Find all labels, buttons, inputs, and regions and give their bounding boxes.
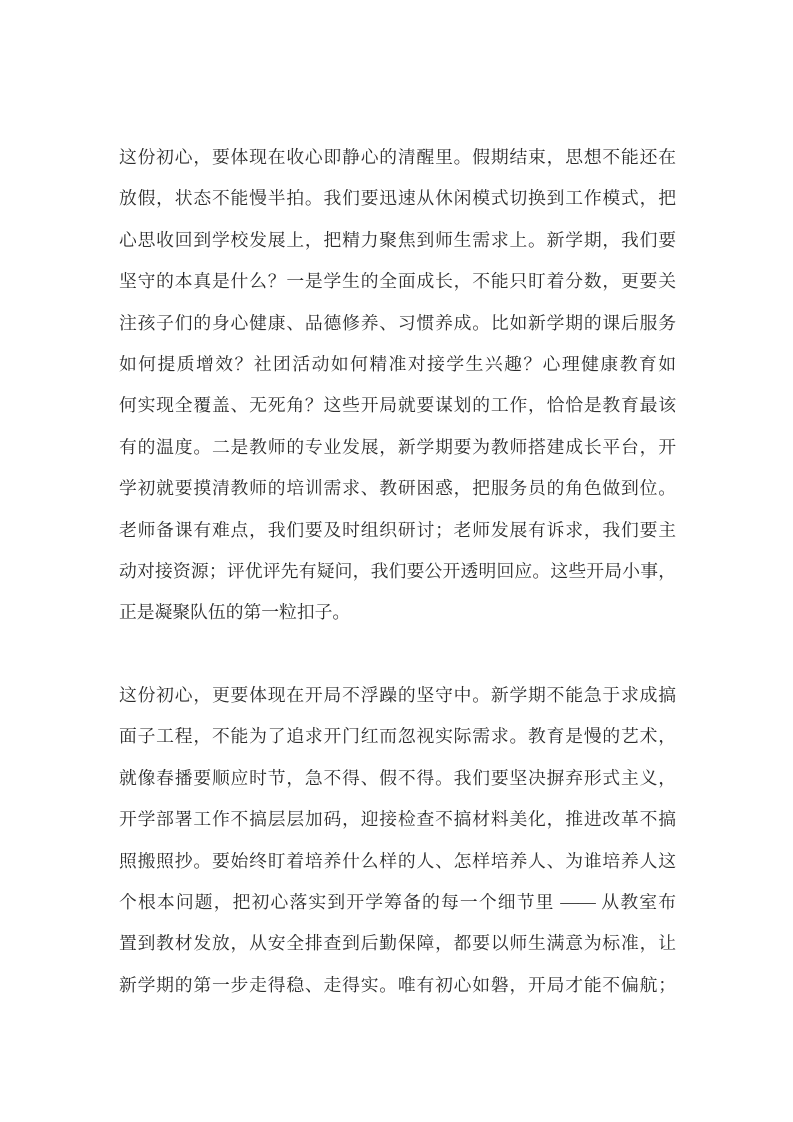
text-line: 面子工程，不能为了追求开门红而忽视实际需求。教育是慢的艺术，	[119, 716, 676, 757]
text-line: 坚守的本真是什么？一是学生的全面成长，不能只盯着分数，更要关	[119, 261, 676, 302]
text-line: 就像春播要顺应时节，急不得、假不得。我们要坚决摒弃形式主义，	[119, 758, 676, 799]
text-line: 开学部署工作不搞层层加码，迎接检查不搞材料美化，推进改革不搞	[119, 799, 676, 840]
text-line: 置到教材发放，从安全排查到后勤保障，都要以师生满意为标准，让	[119, 923, 676, 964]
text-line: 照搬照抄。要始终盯着培养什么样的人、怎样培养人、为谁培养人这	[119, 841, 676, 882]
text-line: 学初就要摸清教师的培训需求、教研困惑，把服务员的角色做到位。	[119, 468, 676, 509]
text-line: 个根本问题，把初心落实到开学筹备的每一个细节里 —— 从教室布	[119, 882, 676, 923]
text-line: 正是凝聚队伍的第一粒扣子。	[119, 592, 676, 633]
text-line: 注孩子们的身心健康、品德修养、习惯养成。比如新学期的课后服务	[119, 303, 676, 344]
text-line: 有的温度。二是教师的专业发展，新学期要为教师搭建成长平台，开	[119, 427, 676, 468]
text-line: 老师备课有难点，我们要及时组织研讨；老师发展有诉求，我们要主	[119, 510, 676, 551]
text-line: 如何提质增效？社团活动如何精准对接学生兴趣？心理健康教育如	[119, 344, 676, 385]
paragraph: 这份初心，更要体现在开局不浮躁的坚守中。新学期不能急于求成搞面子工程，不能为了追…	[119, 675, 676, 1006]
document-page: 这份初心，要体现在收心即静心的清醒里。假期结束，思想不能还在放假，状态不能慢半拍…	[0, 0, 793, 1122]
paragraph: 这份初心，要体现在收心即静心的清醒里。假期结束，思想不能还在放假，状态不能慢半拍…	[119, 137, 676, 634]
text-line: 动对接资源；评优评先有疑问，我们要公开透明回应。这些开局小事，	[119, 551, 676, 592]
text-line: 放假，状态不能慢半拍。我们要迅速从休闲模式切换到工作模式，把	[119, 178, 676, 219]
document-body: 这份初心，要体现在收心即静心的清醒里。假期结束，思想不能还在放假，状态不能慢半拍…	[119, 137, 676, 1006]
text-line: 何实现全覆盖、无死角？这些开局就要谋划的工作，恰恰是教育最该	[119, 385, 676, 426]
text-line: 这份初心，更要体现在开局不浮躁的坚守中。新学期不能急于求成搞	[119, 675, 676, 716]
text-line: 新学期的第一步走得稳、走得实。唯有初心如磐，开局才能不偏航；	[119, 965, 676, 1006]
text-line: 这份初心，要体现在收心即静心的清醒里。假期结束，思想不能还在	[119, 137, 676, 178]
text-line: 心思收回到学校发展上，把精力聚焦到师生需求上。新学期，我们要	[119, 220, 676, 261]
